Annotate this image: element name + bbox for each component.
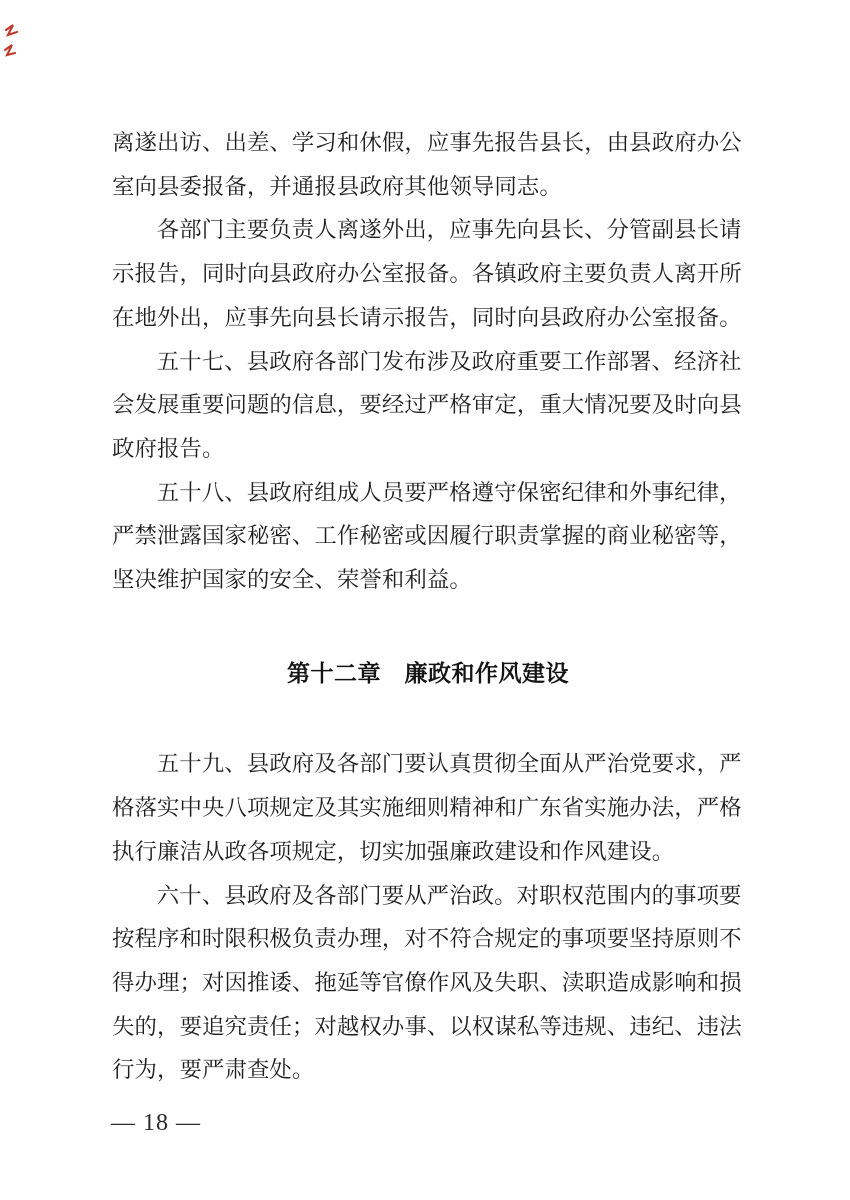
body-line: 政府报告。 (112, 427, 744, 471)
body-line: 失的，要追究责任；对越权办事、以权谋私等违规、违纪、违法 (112, 1005, 744, 1049)
body-line: 坚决维护国家的安全、荣誉和利益。 (112, 558, 744, 602)
page-number: — 18 — (111, 1110, 201, 1137)
red-ink-mark (2, 22, 24, 64)
body-line: 五十九、县政府及各部门要认真贯彻全面从严治党要求，严 (112, 742, 744, 786)
document-body: 离遂出访、出差、学习和休假，应事先报告县长，由县政府办公 室向县委报备，并通报县… (112, 0, 744, 1092)
body-line: 六十、县政府及各部门要从严治政。对职权范围内的事项要 (112, 874, 744, 918)
body-line: 室向县委报备，并通报县政府其他领导同志。 (112, 165, 744, 209)
body-line: 离遂出访、出差、学习和休假，应事先报告县长，由县政府办公 (112, 121, 744, 165)
body-line: 格落实中央八项规定及其实施细则精神和广东省实施办法，严格 (112, 786, 744, 830)
body-line: 各部门主要负责人离遂外出，应事先向县长、分管副县长请 (112, 208, 744, 252)
body-line: 在地外出，应事先向县长请示报告，同时向县政府办公室报备。 (112, 296, 744, 340)
body-line: 行为，要严肃查处。 (112, 1048, 744, 1092)
body-line: 五十八、县政府组成人员要严格遵守保密纪律和外事纪律， (112, 471, 744, 515)
body-line: 会发展重要问题的信息，要经过严格审定，重大情况要及时向县 (112, 383, 744, 427)
body-line: 得办理；对因推诿、拖延等官僚作风及失职、渎职造成影响和损 (112, 961, 744, 1005)
body-line: 五十七、县政府各部门发布涉及政府重要工作部署、经济社 (112, 340, 744, 384)
red-ink-mark-bottom (5, 45, 15, 55)
body-line: 按程序和时限积极负责办理，对不符合规定的事项要坚持原则不 (112, 917, 744, 961)
body-line: 执行廉洁从政各项规定，切实加强廉政建设和作风建设。 (112, 830, 744, 874)
chapter-heading: 第十二章 廉政和作风建设 (112, 652, 744, 696)
body-line: 示报告，同时向县政府办公室报备。各镇政府主要负责人离开所 (112, 252, 744, 296)
red-ink-mark-top (6, 25, 17, 35)
body-line: 严禁泄露国家秘密、工作秘密或因履行职责掌握的商业秘密等， (112, 514, 744, 558)
document-page: 离遂出访、出差、学习和休假，应事先报告县长，由县政府办公 室向县委报备，并通报县… (0, 0, 850, 1200)
